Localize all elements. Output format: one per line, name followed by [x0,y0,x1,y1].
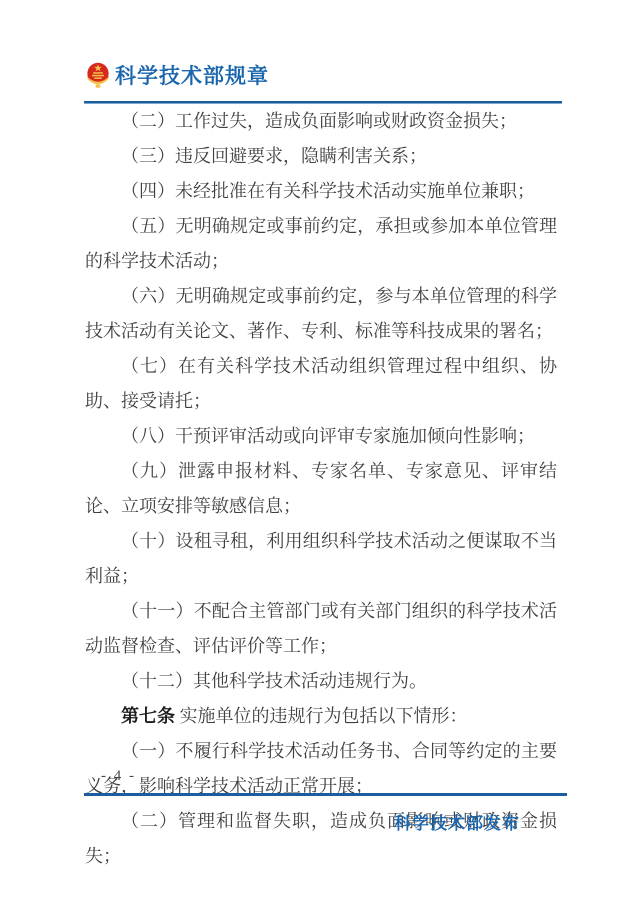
page-number: - 4 - [101,765,136,787]
paragraph-text: （三）违反回避要求，隐瞒利害关系； [121,146,427,166]
paragraph: （三）违反回避要求，隐瞒利害关系； [85,139,557,174]
paragraph-text: （六）无明确规定或事前约定，参与本单位管理的科学技术活动有关论文、著作、专利、标… [85,286,557,341]
article-number: 第七条 [121,706,175,726]
paragraph: （十二）其他科学技术活动违规行为。 [85,664,557,699]
header-title: 科学技术部规章 [115,60,269,90]
paragraph: （十）设租寻租，利用组织科学技术活动之便谋取不当利益； [85,524,557,594]
paragraph-text: （十）设租寻租，利用组织科学技术活动之便谋取不当利益； [85,531,557,586]
paragraph-text: （九）泄露申报材料、专家名单、专家意见、评审结论、立项安排等敏感信息； [85,461,557,516]
paragraph-text: （二）工作过失，造成负面影响或财政资金损失； [121,111,517,131]
paragraph-text: （五）无明确规定或事前约定，承担或参加本单位管理的科学技术活动； [85,216,557,271]
paragraph-list: （二）工作过失，造成负面影响或财政资金损失；（三）违反回避要求，隐瞒利害关系；（… [85,104,557,874]
footer-publisher: 科学技术部发布 [394,809,520,834]
paragraph: （七）在有关科学技术活动组织管理过程中组织、协助、接受请托； [85,349,557,419]
paragraph: （五）无明确规定或事前约定，承担或参加本单位管理的科学技术活动； [85,209,557,279]
paragraph-text: （十二）其他科学技术活动违规行为。 [121,671,427,691]
paragraph: 第七条 实施单位的违规行为包括以下情形： [85,699,557,734]
document-page: 科学技术部规章 （二）工作过失，造成负面影响或财政资金损失；（三）违反回避要求，… [0,0,640,905]
footer-rule [84,793,567,796]
document-body: （二）工作过失，造成负面影响或财政资金损失；（三）违反回避要求，隐瞒利害关系；（… [85,104,557,874]
paragraph-text: （七）在有关科学技术活动组织管理过程中组织、协助、接受请托； [85,356,557,411]
paragraph: （六）无明确规定或事前约定，参与本单位管理的科学技术活动有关论文、著作、专利、标… [85,279,557,349]
paragraph: （二）工作过失，造成负面影响或财政资金损失； [85,104,557,139]
paragraph-text: （八）干预评审活动或向评审专家施加倾向性影响； [121,426,535,446]
paragraph: （八）干预评审活动或向评审专家施加倾向性影响； [85,419,557,454]
paragraph-text: （十一）不配合主管部门或有关部门组织的科学技术活动监督检查、评估评价等工作； [85,601,557,656]
national-emblem-icon [86,61,110,89]
paragraph: （十一）不配合主管部门或有关部门组织的科学技术活动监督检查、评估评价等工作； [85,594,557,664]
document-header: 科学技术部规章 [86,60,269,90]
paragraph-text: 实施单位的违规行为包括以下情形： [175,706,468,726]
paragraph-text: （一）不履行科学技术活动任务书、合同等约定的主要义务，影响科学技术活动正常开展； [85,741,557,796]
paragraph: （九）泄露申报材料、专家名单、专家意见、评审结论、立项安排等敏感信息； [85,454,557,524]
paragraph-text: （四）未经批准在有关科学技术活动实施单位兼职； [121,181,535,201]
paragraph: （四）未经批准在有关科学技术活动实施单位兼职； [85,174,557,209]
